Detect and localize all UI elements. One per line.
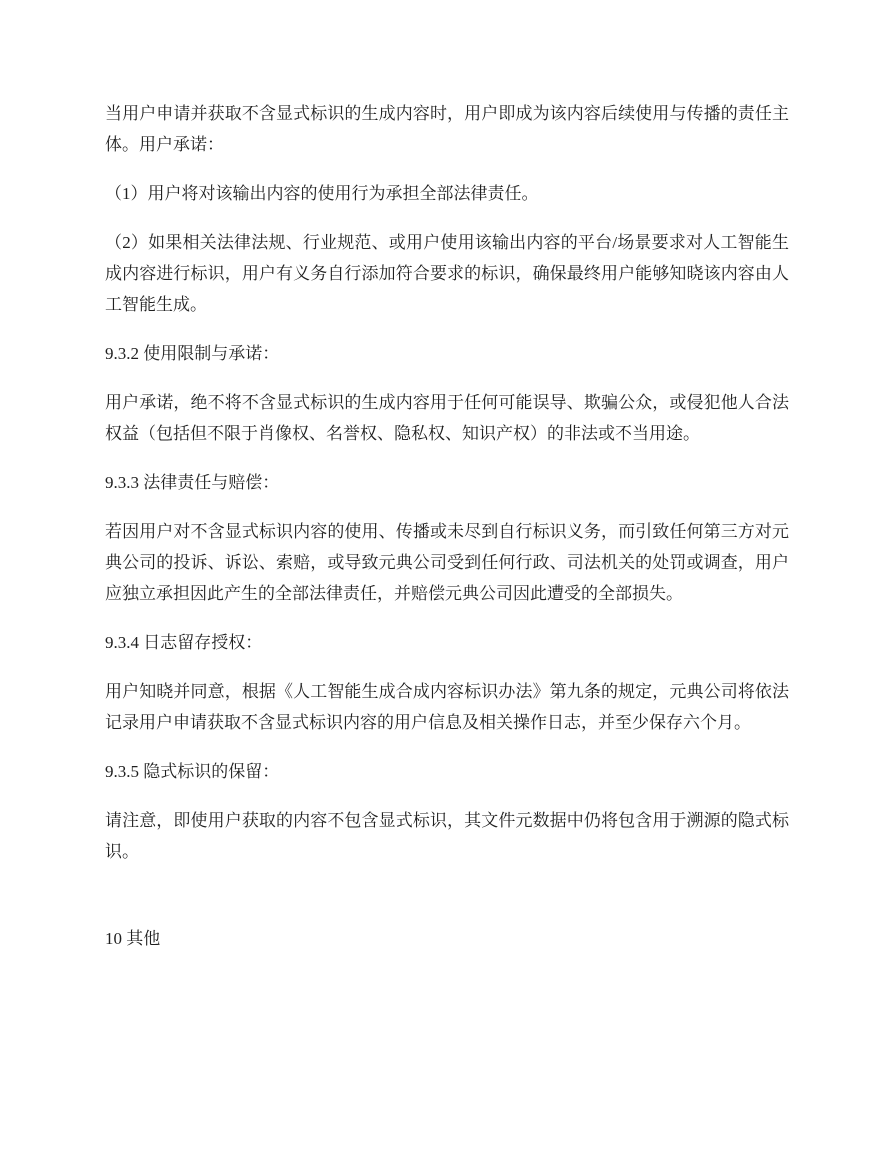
paragraph-implicit-label-retention: 请注意，即使用户获取的内容不包含显式标识，其文件元数据中仍将包含用于溯源的隐式标… (105, 805, 789, 867)
section-heading-9-3-2: 9.3.2 使用限制与承诺： (105, 338, 789, 369)
section-heading-9-3-5: 9.3.5 隐式标识的保留： (105, 756, 789, 787)
paragraph-commitment-item-1: （1）用户将对该输出内容的使用行为承担全部法律责任。 (105, 178, 789, 209)
section-heading-9-3-4: 9.3.4 日志留存授权： (105, 627, 789, 658)
chapter-heading-10: 10 其他 (105, 923, 789, 954)
paragraph-legal-liability: 若因用户对不含显式标识内容的使用、传播或未尽到自行标识义务，而引致任何第三方对元… (105, 516, 789, 609)
document-page: 当用户申请并获取不含显式标识的生成内容时，用户即成为该内容后续使用与传播的责任主… (0, 0, 892, 1155)
paragraph-log-retention: 用户知晓并同意，根据《人工智能生成合成内容标识办法》第九条的规定，元典公司将依法… (105, 676, 789, 738)
section-heading-9-3-3: 9.3.3 法律责任与赔偿： (105, 467, 789, 498)
document-body: 当用户申请并获取不含显式标识的生成内容时，用户即成为该内容后续使用与传播的责任主… (105, 98, 789, 954)
paragraph-responsibility-subject: 当用户申请并获取不含显式标识的生成内容时，用户即成为该内容后续使用与传播的责任主… (105, 98, 789, 160)
paragraph-commitment-item-2: （2）如果相关法律法规、行业规范、或用户使用该输出内容的平台/场景要求对人工智能… (105, 227, 789, 320)
paragraph-usage-restrictions: 用户承诺，绝不将不含显式标识的生成内容用于任何可能误导、欺骗公众，或侵犯他人合法… (105, 387, 789, 449)
